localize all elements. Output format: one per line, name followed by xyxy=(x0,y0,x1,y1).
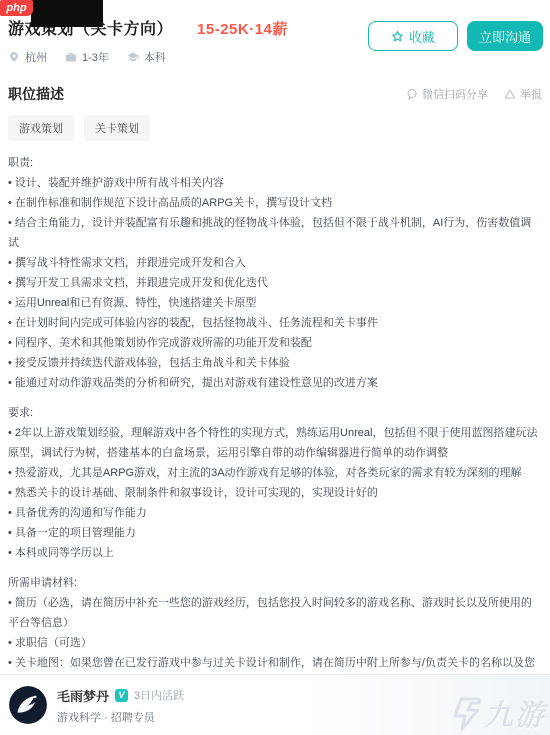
job-description: 职责:设计、装配并维护游戏中所有战斗相关内容在制作标准和制作规范下设计高品质的A… xyxy=(0,153,550,693)
recruiter-info: 毛雨梦丹 V 3日内活跃 游戏科学 · 招聘专员 xyxy=(57,686,184,725)
star-icon xyxy=(391,30,404,43)
chat-now-button[interactable]: 立即沟通 xyxy=(467,21,543,51)
site-watermark-text: 九游 xyxy=(484,693,546,734)
education-label: 本科 xyxy=(144,49,166,65)
description-bullet: 本科或同等学历以上 xyxy=(8,543,542,563)
description-bullet: 在制作标准和制作规范下设计高品质的ARPG关卡，撰写设计文档 xyxy=(8,193,542,213)
section-tools: 微信扫码分享 举报 xyxy=(406,86,542,102)
description-heading: 所需申请材料: xyxy=(8,573,542,593)
description-bullet: 在计划时间内完成可体验内容的装配，包括怪物战斗、任务流程和关卡事件 xyxy=(8,313,542,333)
php-watermark-badge: php xyxy=(0,0,33,16)
description-bullet: 简历（必选，请在简历中补充一些您的游戏经历，包括您投入时间较多的游戏名称、游戏时… xyxy=(8,593,542,633)
description-bullet: 具备优秀的沟通和写作能力 xyxy=(8,503,542,523)
description-bullet: 撰写战斗特性需求文档，并跟进完成开发和合入 xyxy=(8,253,542,273)
job-meta-row: 杭州 1-3年 本科 xyxy=(8,49,542,65)
chat-bubble-icon xyxy=(406,88,418,100)
job-tag: 游戏策划 xyxy=(8,115,74,141)
recruiter-name: 毛雨梦丹 xyxy=(57,686,109,705)
wechat-share-label: 微信扫码分享 xyxy=(422,86,488,102)
graduation-cap-icon xyxy=(127,51,139,63)
job-tag: 关卡策划 xyxy=(84,115,150,141)
briefcase-icon xyxy=(65,51,77,63)
g-lightning-icon xyxy=(449,695,483,733)
favorite-label: 收藏 xyxy=(409,27,435,46)
report-label: 举报 xyxy=(520,86,542,102)
meta-location: 杭州 xyxy=(8,49,47,65)
description-bullet: 热爱游戏，尤其是ARPG游戏，对主流的3A动作游戏有足够的体验，对各类玩家的需求… xyxy=(8,463,542,483)
description-bullet: 设计、装配并维护游戏中所有战斗相关内容 xyxy=(8,173,542,193)
description-bullet: 运用Unreal和已有资源、特性，快速搭建关卡原型 xyxy=(8,293,542,313)
description-bullet: 结合主角能力，设计并装配富有乐趣和挑战的怪物战斗体验，包括但不限于战斗机制，AI… xyxy=(8,213,542,253)
favorite-button[interactable]: 收藏 xyxy=(368,21,458,51)
description-heading: 要求: xyxy=(8,403,542,423)
description-bullet: 求职信（可选） xyxy=(8,633,542,653)
recruiter-active-status: 3日内活跃 xyxy=(134,687,184,703)
salary: 15-25K·14薪 xyxy=(197,18,288,39)
description-bullet: 能通过对动作游戏品类的分析和研究，提出对游戏有建设性意见的改进方案 xyxy=(8,373,542,393)
description-bullet: 熟悉关卡的设计基础、限制条件和叙事设计，设计可实现的，实现设计好的 xyxy=(8,483,542,503)
report-button[interactable]: 举报 xyxy=(504,86,542,102)
job-tags: 游戏策划关卡策划 xyxy=(0,115,550,141)
description-bullet: 撰写开发工具需求文档，并跟进完成开发和优化迭代 xyxy=(8,273,542,293)
site-watermark: 九游 xyxy=(449,693,546,734)
warning-triangle-icon xyxy=(504,88,516,100)
v-badge-icon: V xyxy=(115,689,128,702)
wechat-share-button[interactable]: 微信扫码分享 xyxy=(406,86,488,102)
description-bullet: 具备一定的项目管理能力 xyxy=(8,523,542,543)
description-bullet: 接受反馈并持续迭代游戏体验，包括主角战斗和关卡体验 xyxy=(8,353,542,373)
description-bullet: 2年以上游戏策划经验，理解游戏中各个特性的实现方式，熟练运用Unreal，包括但… xyxy=(8,423,542,463)
chat-now-label: 立即沟通 xyxy=(479,27,531,46)
recruiter-top-line: 毛雨梦丹 V 3日内活跃 xyxy=(57,686,184,705)
recruiter-avatar[interactable] xyxy=(9,686,47,724)
censor-box xyxy=(31,0,103,27)
location-label: 杭州 xyxy=(25,49,47,65)
experience-label: 1-3年 xyxy=(82,49,109,65)
recruiter-card[interactable]: 毛雨梦丹 V 3日内活跃 游戏科学 · 招聘专员 九游 xyxy=(0,674,550,735)
meta-education: 本科 xyxy=(127,49,166,65)
meta-experience: 1-3年 xyxy=(65,49,109,65)
section-title: 职位描述 xyxy=(8,84,64,104)
recruiter-company-role: 游戏科学 · 招聘专员 xyxy=(57,709,184,725)
header-actions: 收藏 立即沟通 xyxy=(368,21,543,51)
section-header: 职位描述 微信扫码分享 举报 xyxy=(0,84,550,104)
description-section: 职责:设计、装配并维护游戏中所有战斗相关内容在制作标准和制作规范下设计高品质的A… xyxy=(8,153,542,393)
description-section: 要求:2年以上游戏策划经验，理解游戏中各个特性的实现方式，熟练运用Unreal，… xyxy=(8,403,542,563)
description-bullet: 同程序、美术和其他策划协作完成游戏所需的功能开发和装配 xyxy=(8,333,542,353)
location-pin-icon xyxy=(8,51,20,63)
description-heading: 职责: xyxy=(8,153,542,173)
